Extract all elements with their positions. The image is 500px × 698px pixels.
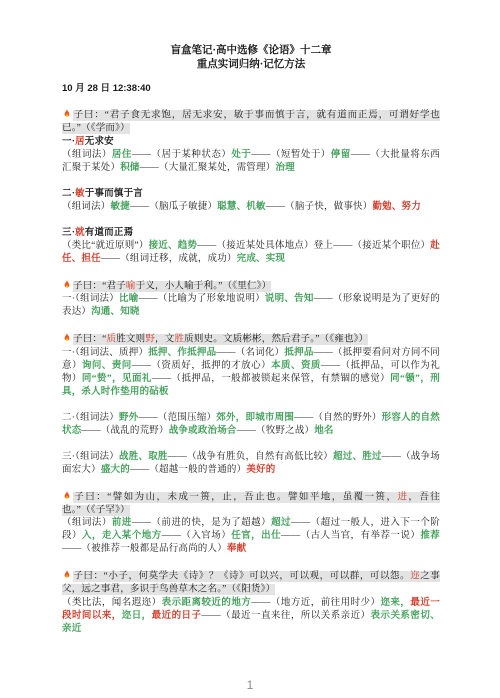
text-segment: 最近的日子 [152, 611, 202, 621]
text-segment: 停留 [331, 150, 351, 160]
text-segment: ——（范围压缩） [138, 413, 216, 423]
text-segment: 一· [62, 137, 75, 147]
text-segment: 任官，出仕 [231, 531, 281, 541]
text-segment: 迩来， [380, 598, 410, 608]
text-segment: ——（战争有胜负，自然有高低比较） [168, 452, 333, 462]
text-segment: 三·（组词法） [62, 452, 119, 462]
text-segment: ——（脑子快，做事快） [266, 202, 373, 212]
note-line: 一·（组词法）比喻——（比喻为了形象地说明）说明、告知——（形象说明是为了更好的… [62, 293, 440, 319]
text-segment: 接近、趋势 [149, 241, 198, 251]
quote-line: 子曰：“小子，何莫学夫《诗》？《诗》可以兴，可以观，可以群，可以怨。迩之事父，远… [62, 569, 440, 597]
page-subtitle: 重点实词归纳·记忆方法 [62, 58, 440, 72]
text-segment: 战胜、取胜 [119, 452, 168, 462]
text-segment: ——（超越一般的普通的） [130, 465, 246, 475]
text-segment: 抵押品 [284, 348, 313, 358]
document-page: 盲盒笔记·高中选修《论语》十二章 重点实词归纳·记忆方法 10 月 28 日 1… [0, 0, 500, 636]
text-segment: ，文 [155, 335, 174, 345]
flame-icon [62, 279, 72, 290]
note-line: （组词法）居住——（居于某种状态）处于——（短暂处于）停留——（大批量将东西汇聚… [62, 149, 440, 175]
text-segment: 处于 [231, 150, 251, 160]
text-segment: 郊外，即城市周围 [216, 413, 294, 423]
text-segment: ——（大量汇聚某处，需管理） [140, 163, 276, 173]
text-segment: ——（被推荐一般都是品行高尚的人） [62, 544, 227, 554]
paragraph-gap [62, 556, 440, 569]
text-segment: 地名 [314, 426, 333, 436]
text-segment: 有道而正焉 [85, 228, 134, 238]
page-number: 1 [0, 678, 500, 692]
paragraph-gap [62, 399, 440, 412]
text-segment: 子曰：“譬如为山，未成一篑，止，吾止也。譬如平地，虽覆一篑， [73, 492, 397, 502]
text-segment: 居住 [112, 150, 132, 160]
text-segment: 于事而慎于言 [85, 189, 143, 199]
note-line: （类比“就近原则”）接近、趋势——（接近某处具体地点）登上——（接近某个职位）赴… [62, 240, 440, 266]
text-segment: 二·（组词法） [62, 413, 119, 423]
text-segment: ——（接近某处具体地点）登上——（接近某个职位） [197, 241, 430, 251]
text-segment: 无求安 [85, 137, 114, 147]
text-segment: 询问、责问 [82, 361, 132, 371]
text-segment: （组词法） [62, 518, 112, 528]
note-line: 一·（组词法、质押）抵押、作抵押品——（名词化）抵押品——（抵押要看问对方同不同… [62, 347, 440, 399]
text-segment: 子曰：“ [73, 335, 107, 345]
quote-highlight: 子曰：“质胜文则野，文胜质则史。文质彬彬，然后君子。”（《雍也》） [73, 334, 368, 345]
text-segment: 美好的 [246, 465, 275, 475]
page-title: 盲盒笔记·高中选修《论语》十二章 [62, 44, 440, 58]
paragraph-gap [62, 319, 440, 332]
text-segment: 三· [62, 228, 75, 238]
section-heading: 二·敏于事而慎于言 [62, 188, 440, 201]
paragraph-gap [62, 175, 440, 188]
text-segment: ——（地方近，前往用时少） [251, 598, 380, 608]
text-segment: 喻 [126, 281, 136, 291]
text-segment: 一·（组词法、质押） [62, 348, 148, 358]
text-segment: （类比法，闻名遐迩） [62, 598, 162, 608]
section-heading: 三·就有道而正焉 [62, 227, 440, 240]
text-segment: 野 [145, 335, 155, 345]
text-segment: 迩日， [122, 611, 152, 621]
text-segment: 敏 [75, 189, 85, 199]
text-segment: 盛大的 [101, 465, 130, 475]
text-segment: 同“贽”，见面礼 [82, 374, 152, 384]
text-segment: 本质、资质 [271, 361, 321, 371]
text-segment: 野外 [119, 413, 138, 423]
text-segment: 进 [397, 492, 408, 502]
text-segment: ——（脑瓜子敏捷） [130, 202, 217, 212]
note-line: 二·（组词法）野外——（范围压缩）郊外，即城市周围——（自然的野外）形容人的自然… [62, 412, 440, 438]
text-segment: ——（入官场） [162, 531, 232, 541]
text-segment: 迩 [410, 572, 420, 582]
text-segment: ——（最近一直来往，所以关系亲近） [201, 611, 370, 621]
flame-icon [62, 108, 72, 119]
text-segment: 表示距离较近的地方 [162, 598, 252, 608]
text-segment: 治理 [275, 163, 294, 173]
text-segment: 抵押、作抵押品 [148, 348, 216, 358]
text-segment: ——（名词化） [216, 348, 284, 358]
text-segment: 于义，小人喻于利。”（《里仁》） [136, 281, 272, 291]
paragraph-gap [62, 477, 440, 490]
text-segment: 超过、胜过 [333, 452, 382, 462]
text-segment: ——（战乱的荒野） [81, 426, 168, 436]
text-segment: ——（比喻为了形象地说明） [138, 294, 264, 304]
flame-icon [62, 332, 72, 343]
note-content: 子曰：“君子食无求饱，居无求安，敏于事而慎于言，就有道而正焉，可谓好学也已。”（… [62, 108, 440, 636]
text-segment: ——（居于某种状态） [132, 150, 231, 160]
text-segment: 超过 [271, 518, 291, 528]
text-segment: 敏捷 [111, 202, 130, 212]
text-segment: 前进 [112, 518, 132, 528]
text-segment: ——（短暂处于） [251, 150, 331, 160]
text-segment: 奉献 [227, 544, 246, 554]
text-segment: 聪慧、机敏 [217, 202, 266, 212]
text-segment: 一·（组词法） [62, 294, 119, 304]
quote-line: 子曰：“譬如为山，未成一篑，止，吾止也。譬如平地，虽覆一篑，进，吾往也。”（《子… [62, 490, 440, 518]
text-segment: 居 [75, 137, 85, 147]
text-segment: ——（组词迁移，成就，成功） [101, 254, 237, 264]
text-segment: ——（古人当官，有举荐一说） [281, 531, 420, 541]
note-line: （类比法，闻名遐迩）表示距离较近的地方——（地方近，前往用时少）迩来，最近一段时… [62, 597, 440, 636]
quote-highlight: 子曰：“譬如为山，未成一篑，止，吾止也。譬如平地，虽覆一篑，进，吾往也。”（《子… [62, 492, 440, 516]
text-segment: 说明、告知 [265, 294, 314, 304]
text-segment: 勤勉、努力 [372, 202, 421, 212]
quote-line: 子曰：“君子喻于义，小人喻于利。”（《里仁》） [62, 279, 440, 294]
paragraph-gap [62, 266, 440, 279]
flame-icon [62, 569, 72, 580]
text-segment: 入，走入某个地方 [82, 531, 162, 541]
note-line: （组词法）敏捷——（脑瓜子敏捷）聪慧、机敏——（脑子快，做事快）勤勉、努力 [62, 201, 440, 214]
text-segment: 子曰：“君子食无求饱，居无求安，敏于事而慎于言，就有道而正焉，可谓好学也已。”（… [62, 111, 440, 134]
note-line: 三·（组词法）战胜、取胜——（战争有胜负，自然有高低比较）超过、胜过——（战争场… [62, 451, 440, 477]
text-segment: 胜 [174, 335, 184, 345]
text-segment: （类比“就近原则”） [62, 241, 149, 251]
text-segment: 子曰：“君子 [73, 281, 126, 291]
text-segment: ——（自然的野外） [294, 413, 382, 423]
quote-highlight: 子曰：“君子喻于义，小人喻于利。”（《里仁》） [73, 281, 271, 292]
text-segment: 积储 [120, 163, 139, 173]
text-segment: ——（抵押品，一般都被锁起来保管，有禁锢的感觉） [152, 374, 390, 384]
text-segment: 比喻 [119, 294, 138, 304]
text-segment: ——（前进的快，是为了超越） [132, 518, 271, 528]
paragraph-gap [62, 214, 440, 227]
text-segment: 质则史。文质彬彬，然后君子。”（《雍也》） [184, 335, 368, 345]
text-segment: 推荐 [420, 531, 440, 541]
quote-line: 子曰：“质胜文则野，文胜质则史。文质彬彬，然后君子。”（《雍也》） [62, 332, 440, 347]
date-stamp: 10 月 28 日 12:38:40 [62, 80, 440, 94]
text-segment: 质 [107, 335, 117, 345]
text-segment: （组词法） [62, 150, 112, 160]
quote-highlight: 子曰：“君子食无求饱，居无求安，敏于事而慎于言，就有道而正焉，可谓好学也已。”（… [62, 110, 440, 134]
text-segment: 就 [75, 228, 85, 238]
text-segment: ——（牧野之战） [237, 426, 315, 436]
text-segment: 胜文则 [116, 335, 145, 345]
text-segment: 二· [62, 189, 75, 199]
flame-icon [62, 490, 72, 501]
note-line: （组词法）前进——（前进的快，是为了超越）超过——（超过一般人，进入下一个阶段）… [62, 517, 440, 556]
quote-highlight: 子曰：“小子，何莫学夫《诗》？《诗》可以兴，可以观，可以群，可以怨。迩之事父，远… [62, 571, 440, 595]
text-segment: 沟通、知晓 [91, 307, 140, 317]
quote-line: 子曰：“君子食无求饱，居无求安，敏于事而慎于言，就有道而正焉，可谓好学也已。”（… [62, 108, 440, 136]
text-segment: 完成、实现 [237, 254, 286, 264]
text-segment: 子曰：“小子，何莫学夫《诗》？《诗》可以兴，可以观，可以群，可以怨。 [73, 572, 410, 582]
text-segment: 战争或政治场合 [169, 426, 237, 436]
text-segment: （组词法） [62, 202, 111, 212]
section-heading: 一·居无求安 [62, 136, 440, 149]
text-segment: ——（资质好，抵押的才放心） [132, 361, 271, 371]
paragraph-gap [62, 438, 440, 451]
